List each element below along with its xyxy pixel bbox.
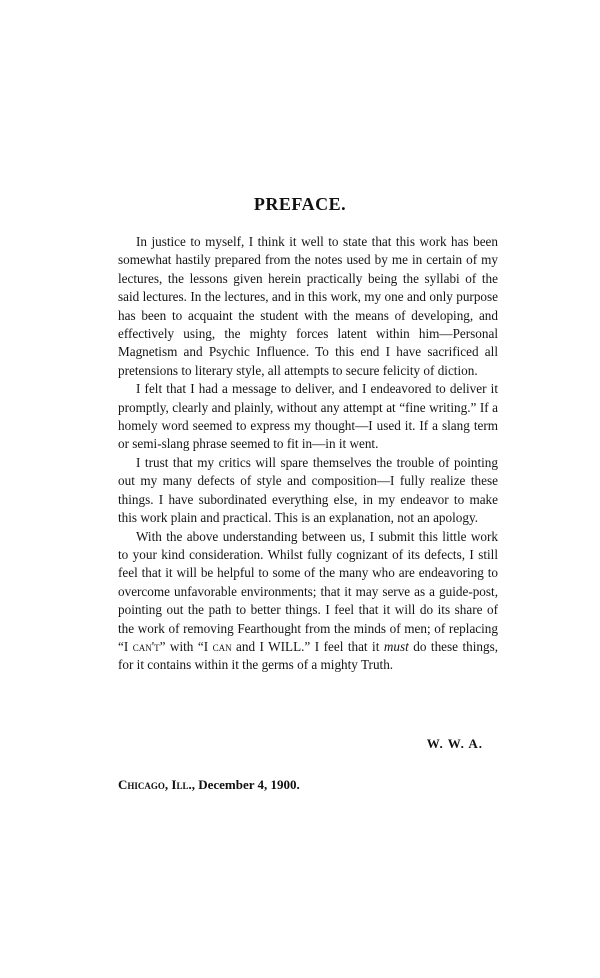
page-title: PREFACE.	[0, 194, 600, 215]
small-caps-cant: can't	[133, 639, 160, 654]
book-page: PREFACE. In justice to myself, I think i…	[0, 0, 600, 978]
preface-body: In justice to myself, I think it well to…	[118, 233, 498, 675]
paragraph-4-part3: and I WILL.” I feel that it	[232, 639, 384, 654]
paragraph-2: I felt that I had a message to deliver, …	[118, 380, 498, 454]
dateline-date: , December 4, 1900.	[192, 777, 300, 792]
paragraph-4-part1: With the above understanding between us,…	[118, 529, 498, 654]
italic-must: must	[384, 639, 409, 654]
dateline: Chicago, Ill., December 4, 1900.	[118, 777, 300, 793]
author-initials: W. W. A.	[0, 736, 483, 752]
small-caps-can: can	[213, 639, 232, 654]
paragraph-4-part2: ” with “I	[160, 639, 213, 654]
paragraph-4: With the above understanding between us,…	[118, 528, 498, 675]
dateline-city: Chicago, Ill.	[118, 777, 192, 792]
paragraph-3: I trust that my critics will spare thems…	[118, 454, 498, 528]
paragraph-1: In justice to myself, I think it well to…	[118, 233, 498, 380]
